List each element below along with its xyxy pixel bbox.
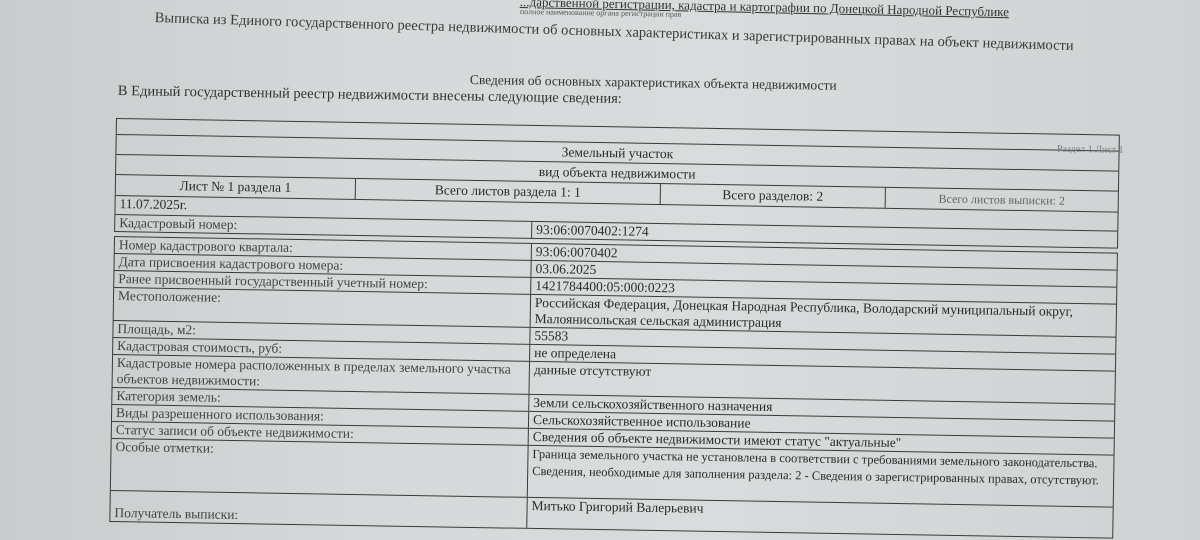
section-sheet-label: Раздел 1 Лист 1: [1057, 144, 1124, 156]
document-photo: ...дарственной регистрации, кадастра и к…: [0, 0, 1200, 540]
field-value: Граница земельного участка не установлен…: [528, 446, 1114, 507]
extract-sheet: Раздел 1 Лист 1 Земельный участок вид об…: [109, 118, 1120, 539]
sheet-number: Лист № 1 раздела 1: [116, 175, 356, 199]
field-label: Особые отметки:: [111, 439, 529, 497]
characteristics-table: Номер кадастрового квартала: 93:06:00704…: [109, 236, 1118, 539]
header-block: Земельный участок вид объекта недвижимос…: [114, 118, 1120, 249]
sections-total: Всего разделов: 2: [661, 184, 886, 208]
extract-date: 11.07.2025г.: [115, 196, 191, 215]
registrar-org-caption: полное наименование органа регистрации п…: [520, 7, 682, 19]
object-type: Земельный участок: [558, 144, 678, 162]
field-label: Получатель выписки:: [110, 491, 527, 528]
object-type-caption: вид объекта недвижимости: [535, 163, 700, 182]
extract-sheets-total: Всего листов выписки: 2: [886, 188, 1118, 212]
